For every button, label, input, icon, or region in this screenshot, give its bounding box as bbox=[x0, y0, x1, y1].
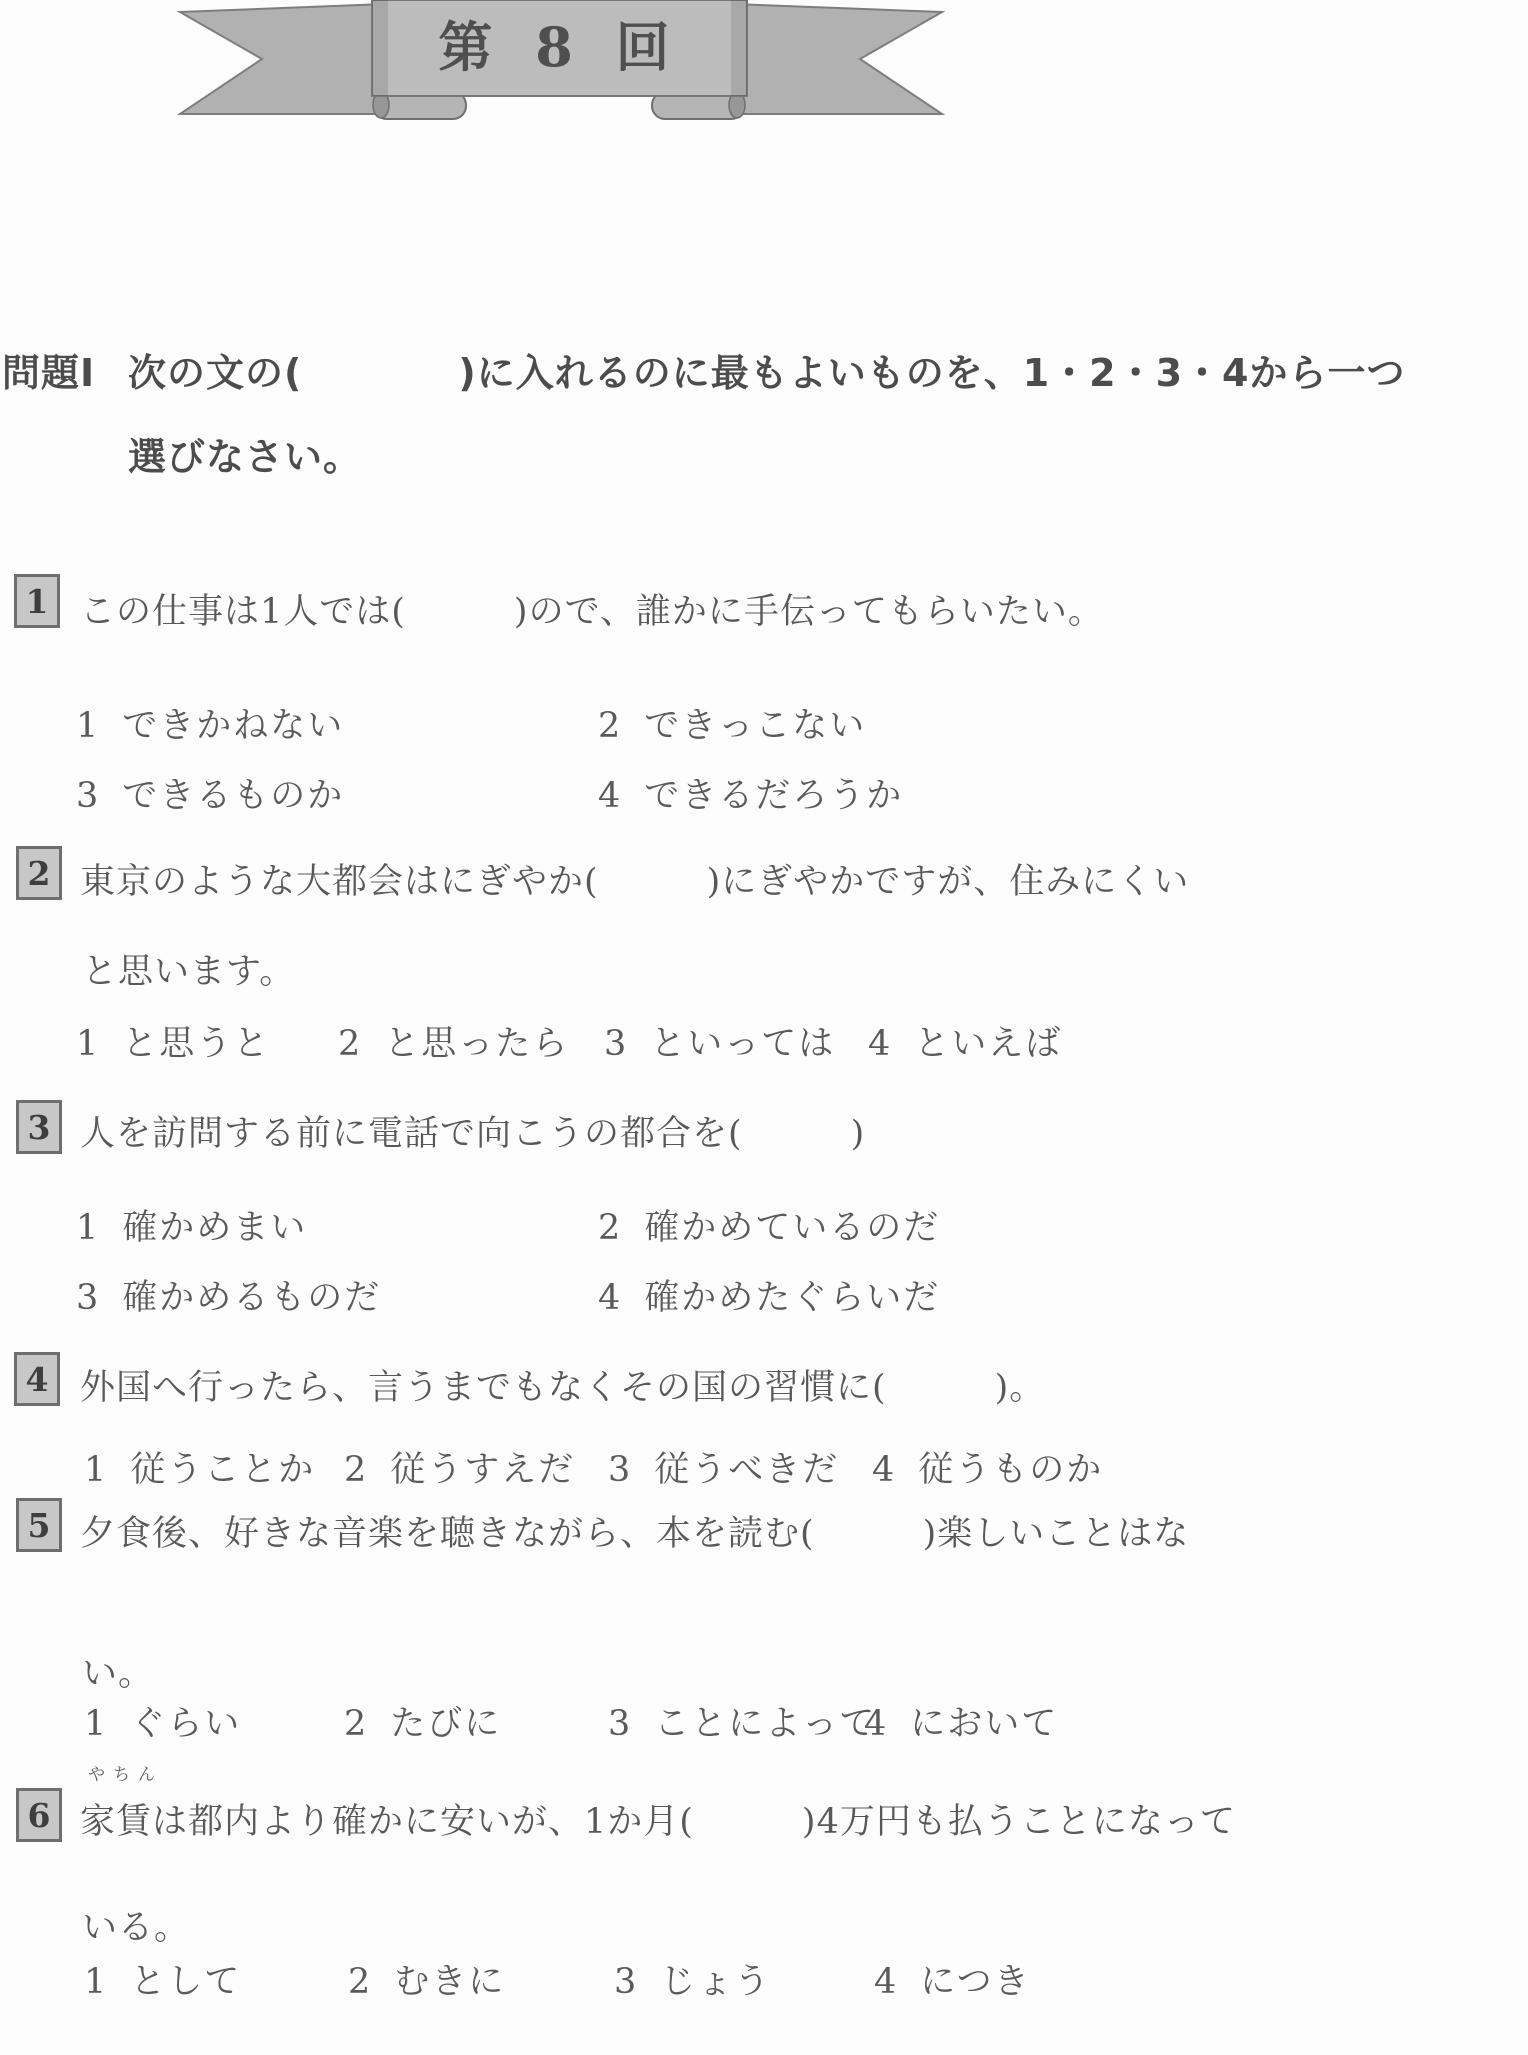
question-6-option-1: 1 として bbox=[84, 1954, 241, 2004]
option-number: 1 bbox=[84, 1704, 106, 1744]
option-number: 4 bbox=[872, 1450, 894, 1490]
question-1-stem: この仕事は1人では( )ので、誰かに手伝ってもらいたい。 bbox=[80, 584, 1104, 634]
problem-label: 問題Ⅰ bbox=[2, 342, 95, 397]
option-text: と思うと bbox=[122, 1016, 270, 1066]
question-5-stem: 夕食後、好きな音楽を聴きながら、本を読む( )楽しいことはな bbox=[80, 1506, 1189, 1556]
banner-left-tail bbox=[180, 4, 386, 114]
option-number: 3 bbox=[608, 1450, 630, 1490]
question-5-option-1: 1 ぐらい bbox=[84, 1696, 241, 1746]
question-4-option-3: 3 従うべきだ bbox=[608, 1442, 839, 1492]
option-text: といっては bbox=[650, 1016, 835, 1066]
option-number: 3 bbox=[614, 1962, 636, 2002]
option-number: 2 bbox=[338, 1024, 360, 1064]
option-number: 4 bbox=[864, 1704, 886, 1744]
question-5-option-3: 3 ことによって bbox=[608, 1696, 876, 1746]
option-text: といえば bbox=[914, 1016, 1062, 1066]
question-6-furigana: やちん bbox=[88, 1760, 163, 1785]
option-text: じょう bbox=[660, 1954, 771, 2004]
question-1-option-2: 2 できっこない bbox=[598, 698, 866, 748]
option-number: 2 bbox=[598, 706, 620, 746]
question-3-stem: 人を訪問する前に電話で向こうの都合を( ) bbox=[80, 1106, 865, 1156]
option-text: できっこない bbox=[644, 698, 866, 748]
option-text: できかねない bbox=[122, 698, 344, 748]
banner-band-shade-left bbox=[372, 0, 388, 96]
question-1-option-4: 4 できるだろうか bbox=[598, 768, 903, 818]
option-number: 3 bbox=[76, 1278, 98, 1318]
option-number: 3 bbox=[604, 1024, 626, 1064]
question-1-option-1: 1 できかねない bbox=[76, 698, 344, 748]
question-4-option-2: 2 従うすえだ bbox=[344, 1442, 575, 1492]
question-3-option-3: 3 確かめるものだ bbox=[76, 1270, 381, 1320]
question-3-number-badge: 3 bbox=[16, 1100, 62, 1154]
option-text: 確かめているのだ bbox=[644, 1200, 940, 1250]
banner-band-shade-right bbox=[731, 0, 747, 96]
question-6-stem-continued: いる。 bbox=[82, 1900, 190, 1950]
option-text: 従うことか bbox=[130, 1442, 315, 1492]
option-number: 1 bbox=[84, 1450, 106, 1490]
question-2-option-3: 3 といっては bbox=[604, 1016, 835, 1066]
worksheet-page: 第 8 回 問題Ⅰ 次の文の( )に入れるのに最もよいものを、1・2・3・4から… bbox=[0, 0, 1528, 2055]
question-4-option-1: 1 従うことか bbox=[84, 1442, 315, 1492]
option-text: において bbox=[910, 1696, 1058, 1746]
question-3-option-1: 1 確かめまい bbox=[76, 1200, 307, 1250]
option-number: 1 bbox=[76, 1024, 98, 1064]
question-3-option-4: 4 確かめたぐらいだ bbox=[598, 1270, 940, 1320]
option-text: につき bbox=[920, 1954, 1030, 2004]
question-6-option-3: 3 じょう bbox=[614, 1954, 771, 2004]
option-text: 確かめるものだ bbox=[122, 1270, 381, 1320]
option-text: 従うものか bbox=[918, 1442, 1103, 1492]
question-5-option-2: 2 たびに bbox=[344, 1696, 501, 1746]
question-4-number-badge: 4 bbox=[14, 1352, 60, 1406]
question-6-number-badge: 6 bbox=[16, 1788, 62, 1842]
banner-right-tail bbox=[733, 4, 942, 114]
option-text: 確かめたぐらいだ bbox=[644, 1270, 940, 1320]
question-5-number-badge: 5 bbox=[16, 1498, 62, 1552]
question-2-stem-continued: と思います。 bbox=[82, 944, 295, 994]
question-2-stem: 東京のような大都会はにぎやか( )にぎやかですが、住みにくい bbox=[80, 854, 1189, 904]
option-number: 4 bbox=[598, 1278, 620, 1318]
option-number: 4 bbox=[598, 776, 620, 816]
question-6-option-2: 2 むきに bbox=[348, 1954, 505, 2004]
option-text: 従うすえだ bbox=[390, 1442, 575, 1492]
option-text: ぐらい bbox=[130, 1696, 241, 1746]
option-text: 従うべきだ bbox=[654, 1442, 839, 1492]
question-4-stem: 外国へ行ったら、言うまでもなくその国の習慣に( )。 bbox=[80, 1360, 1045, 1410]
question-6-option-4: 4 につき bbox=[874, 1954, 1031, 2004]
question-3-option-2: 2 確かめているのだ bbox=[598, 1200, 940, 1250]
question-2-option-2: 2 と思ったら bbox=[338, 1016, 569, 1066]
option-number: 3 bbox=[608, 1704, 630, 1744]
question-1-option-3: 3 できるものか bbox=[76, 768, 344, 818]
question-6-stem: 家賃は都内より確かに安いが、1か月( )4万円も払うことになって bbox=[80, 1794, 1236, 1844]
option-number: 2 bbox=[344, 1704, 366, 1744]
option-number: 2 bbox=[348, 1962, 370, 2002]
option-number: 4 bbox=[868, 1024, 890, 1064]
instruction-line-1: 次の文の( )に入れるのに最もよいものを、1・2・3・4から一つ bbox=[128, 342, 1406, 397]
option-text: むきに bbox=[394, 1954, 505, 2004]
question-4-option-4: 4 従うものか bbox=[872, 1442, 1103, 1492]
option-number: 2 bbox=[598, 1208, 620, 1248]
option-number: 1 bbox=[76, 1208, 98, 1248]
option-number: 1 bbox=[76, 706, 98, 746]
instruction-line-2: 選びなさい。 bbox=[128, 426, 362, 481]
option-text: として bbox=[130, 1954, 241, 2004]
option-text: ことによって bbox=[654, 1696, 876, 1746]
question-2-number-badge: 2 bbox=[16, 846, 62, 900]
question-1-number-badge: 1 bbox=[14, 574, 60, 628]
option-number: 2 bbox=[344, 1450, 366, 1490]
question-2-option-4: 4 といえば bbox=[868, 1016, 1062, 1066]
banner-title: 第 8 回 bbox=[438, 15, 681, 79]
lesson-banner: 第 8 回 bbox=[172, 0, 950, 130]
option-text: できるだろうか bbox=[644, 768, 903, 818]
option-number: 4 bbox=[874, 1962, 896, 2002]
option-text: できるものか bbox=[122, 768, 344, 818]
question-5-option-4: 4 において bbox=[864, 1696, 1058, 1746]
question-5-stem-continued: い。 bbox=[82, 1646, 154, 1696]
option-text: たびに bbox=[390, 1696, 501, 1746]
option-text: 確かめまい bbox=[122, 1200, 307, 1250]
option-number: 3 bbox=[76, 776, 98, 816]
option-number: 1 bbox=[84, 1962, 106, 2002]
option-text: と思ったら bbox=[384, 1016, 569, 1066]
question-2-option-1: 1 と思うと bbox=[76, 1016, 270, 1066]
